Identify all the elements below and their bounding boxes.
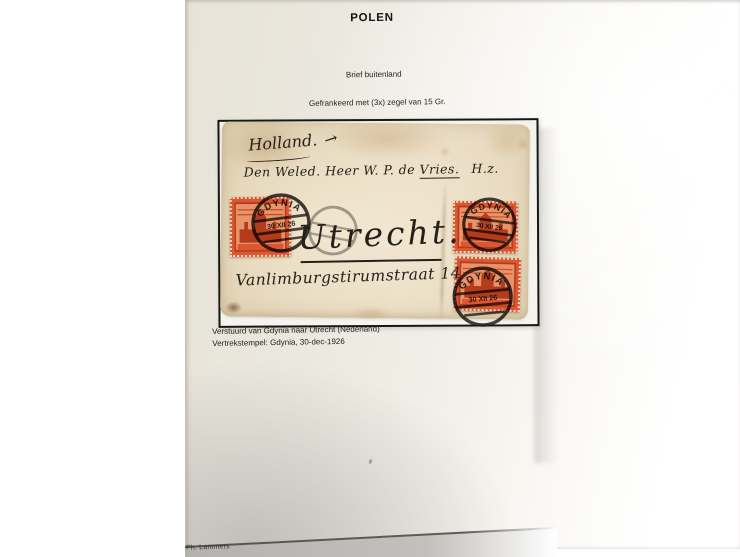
foxing-dot — [441, 148, 449, 156]
underline-stroke — [301, 256, 442, 263]
handwritten-destination-country: Holland.→ — [248, 131, 338, 154]
envelope: GDYNIA 30 XII 26 GDYNIA 30 XII 26 GDYNIA… — [220, 121, 530, 319]
franking-note: Gefrankeerd met (3x) zegel van 15 Gr. — [309, 97, 446, 108]
recipient-suffix-text: H.z. — [471, 161, 499, 176]
toning-blotch — [322, 118, 452, 159]
caption: Verstuurd van Gdynia naar Utrecht (Neder… — [212, 323, 380, 349]
ink-spot — [225, 301, 242, 313]
handwritten-city: Utrecht. — [297, 214, 462, 254]
recipient-prefix-text: Den Weled. Heer W. P. de — [244, 162, 420, 180]
toning-blotch — [350, 308, 392, 319]
recipient-surname-text: Vries. — [419, 161, 459, 179]
page-title: POLEN — [330, 12, 414, 25]
arrow-flourish-icon: → — [322, 130, 340, 149]
foxing-dot — [518, 139, 528, 148]
item-type-label: Brief buitenland — [346, 70, 402, 80]
handwritten-recipient-line: Den Weled. Heer W. P. de Vries.H.z. — [244, 163, 499, 180]
postmark-gdynia-icon: GDYNIA 30 XII 26 — [457, 193, 521, 257]
handwritten-street: Vanlimburgstirumstraat 14 — [235, 266, 461, 289]
